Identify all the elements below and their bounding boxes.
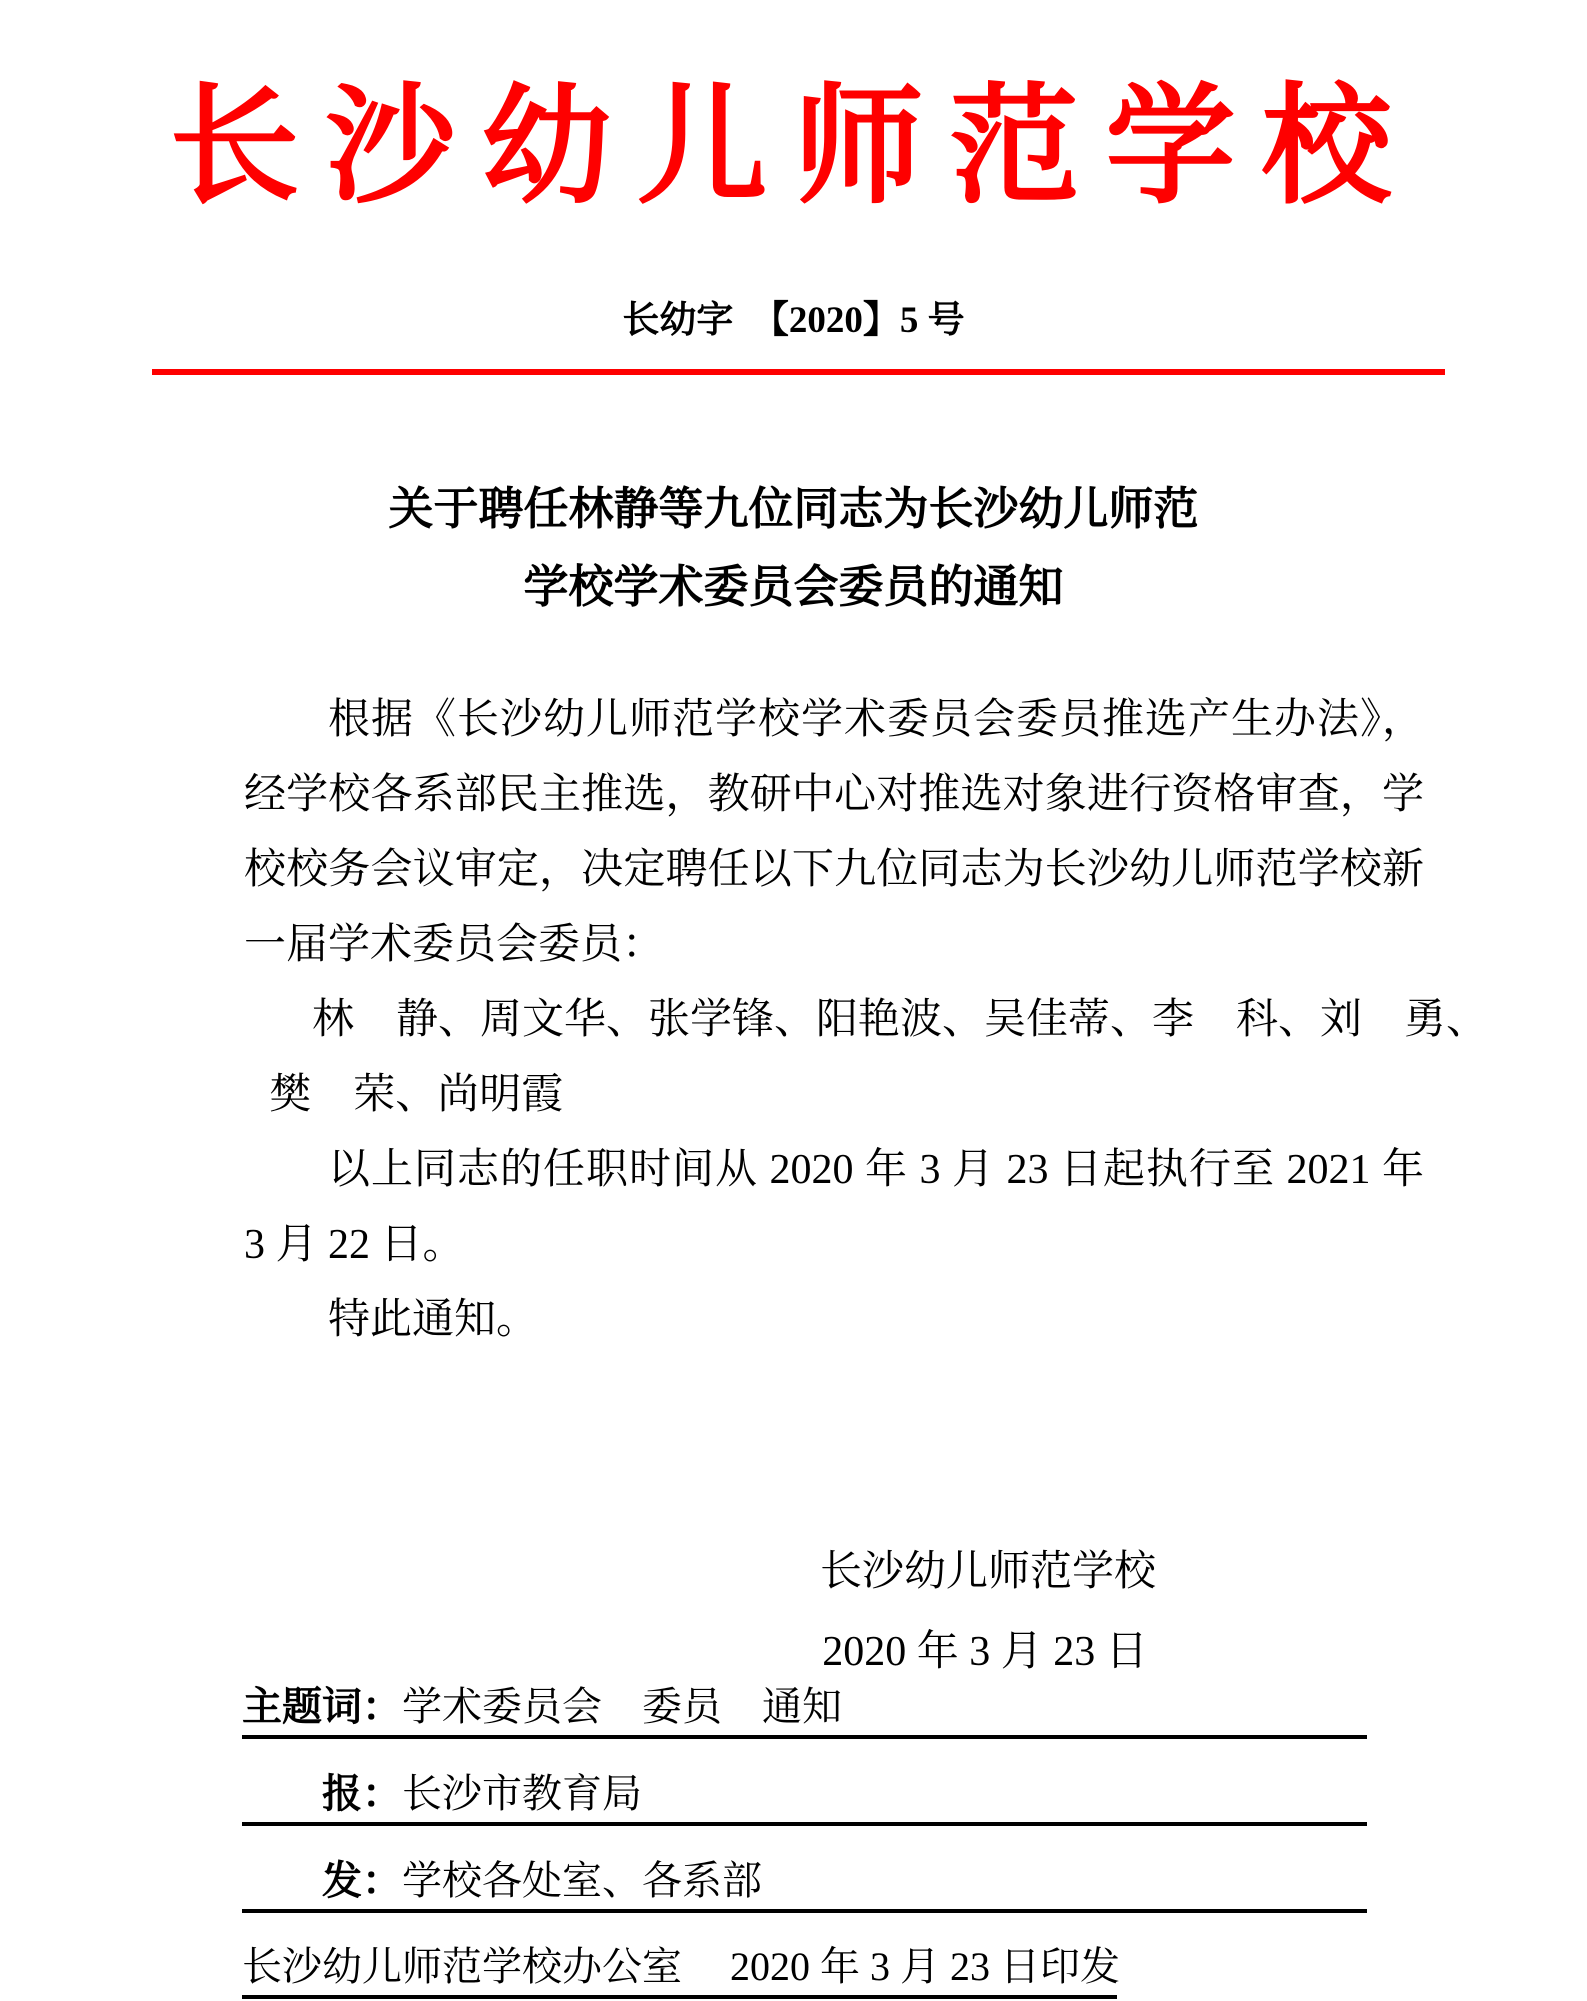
issuing-office: 长沙幼儿师范学校办公室 [242, 1944, 682, 1989]
notice-body: 根据《长沙幼儿师范学校学术委员会委员推选产生办法》，经学校各系部民主推选，教研中… [244, 683, 1424, 1358]
send-to-value: 学校各处室、各系部 [402, 1858, 762, 1903]
appointee-names-line1: 林 静、周文华、张学锋、阳艳波、吴佳蒂、李 科、刘 勇、 [244, 983, 1424, 1058]
body-paragraph-term: 以上同志的任职时间从 2020 年 3 月 23 日起执行至 2021 年 3 … [244, 1133, 1424, 1283]
body-paragraph-intro: 根据《长沙幼儿师范学校学术委员会委员推选产生办法》，经学校各系部民主推选，教研中… [244, 683, 1424, 983]
signature-block: 长沙幼儿师范学校 2020 年 3 月 23 日 [820, 1532, 1150, 1692]
print-date: 2020 年 3 月 23 日印发 [730, 1944, 1120, 1989]
subject-words-label: 主题词： [242, 1683, 402, 1731]
red-divider-line [152, 369, 1445, 375]
footer-row-subject: 主题词：学术委员会 委员 通知 [242, 1683, 1367, 1739]
report-to-value: 长沙市教育局 [402, 1771, 642, 1816]
footer-row-send: 发：学校各处室、各系部 [242, 1857, 1367, 1913]
letterhead-school-name: 长沙幼儿师范学校 [0, 68, 1587, 228]
body-paragraph-closing: 特此通知。 [244, 1283, 1424, 1358]
appointee-names-line2: 樊 荣、尚明霞 [244, 1058, 1424, 1133]
notice-title: 关于聘任林静等九位同志为长沙幼儿师范 学校学术委员会委员的通知 [0, 470, 1587, 626]
send-to-label: 发： [242, 1857, 402, 1905]
subject-words-value: 学术委员会 委员 通知 [402, 1684, 842, 1729]
signature-date: 2020 年 3 月 23 日 [820, 1612, 1150, 1692]
signature-school-name: 长沙幼儿师范学校 [820, 1532, 1150, 1612]
footer-row-issuer: 长沙幼儿师范学校办公室2020 年 3 月 23 日印发 [242, 1943, 1117, 1999]
notice-title-line2: 学校学术委员会委员的通知 [0, 548, 1587, 626]
footer-row-report: 报：长沙市教育局 [242, 1770, 1367, 1826]
document-number: 长幼字 【2020】5 号 [0, 296, 1587, 346]
official-notice-page: 长沙幼儿师范学校 长幼字 【2020】5 号 关于聘任林静等九位同志为长沙幼儿师… [0, 0, 1587, 2001]
notice-title-line1: 关于聘任林静等九位同志为长沙幼儿师范 [0, 470, 1587, 548]
report-to-label: 报： [242, 1770, 402, 1818]
